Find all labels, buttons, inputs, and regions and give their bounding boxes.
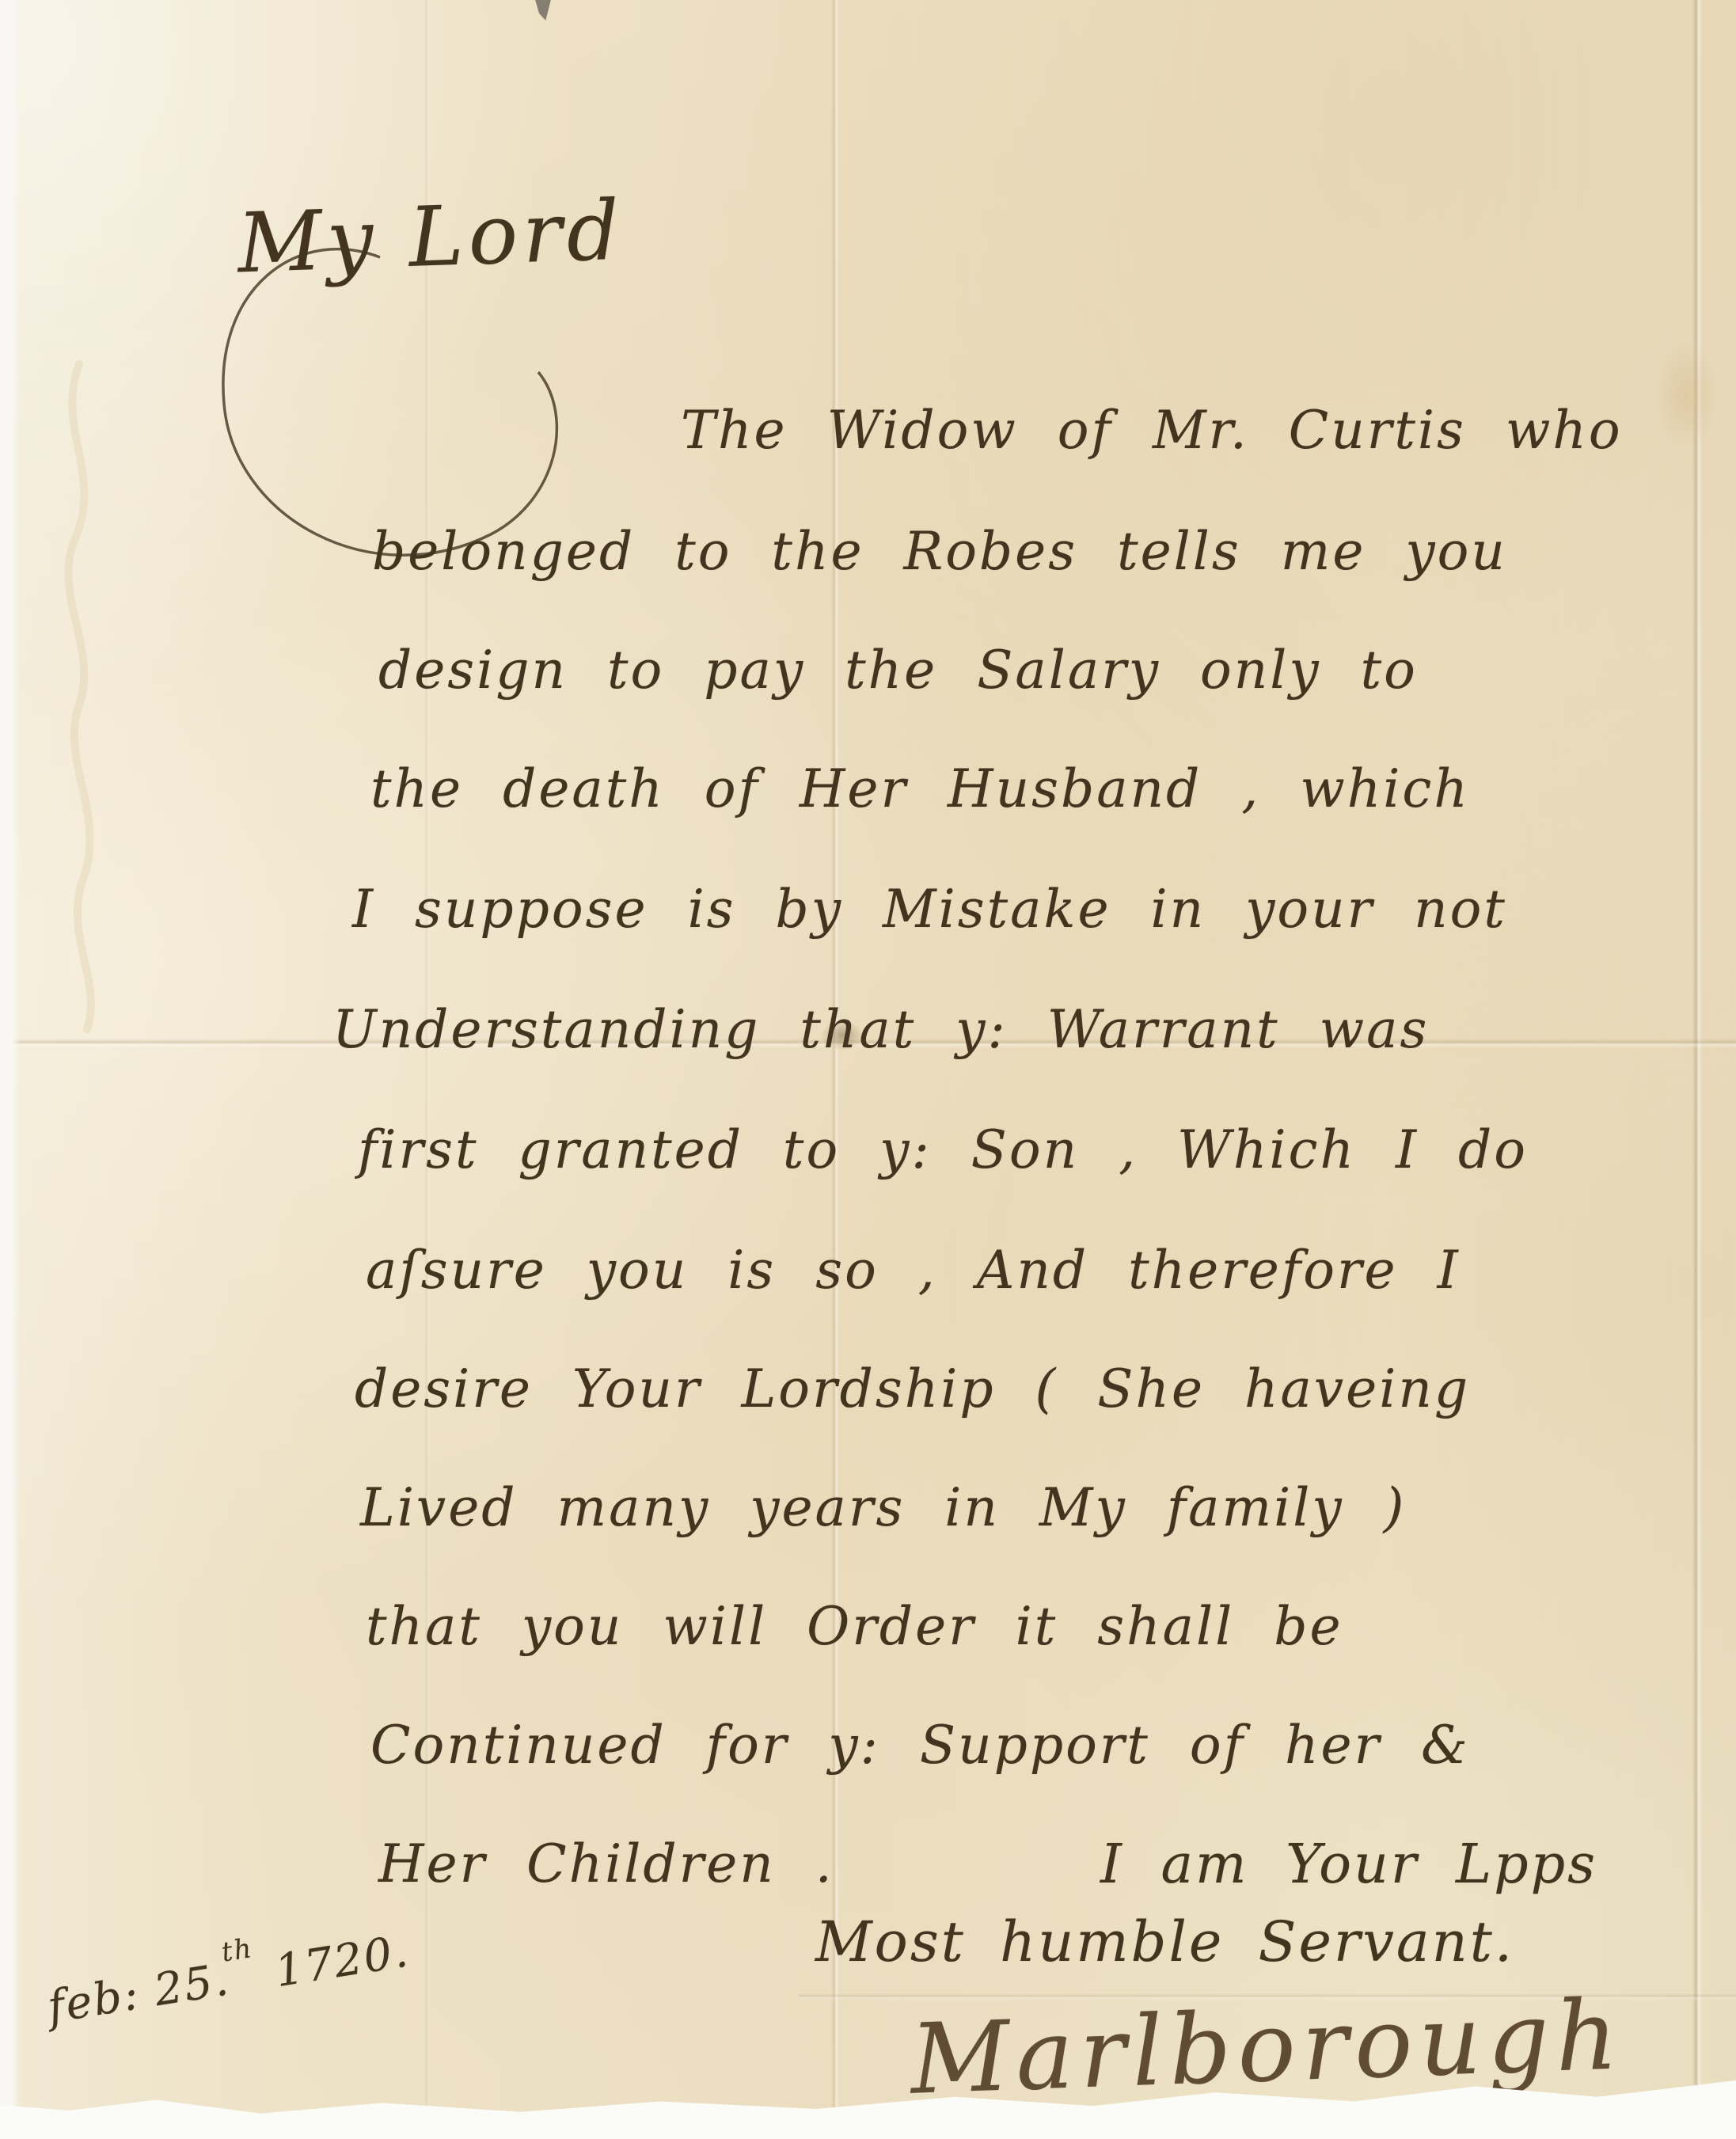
body-line: design to pay the Salary only to [378, 640, 1418, 701]
date-superscript: th [219, 1932, 255, 1969]
body-line: belonged to the Robes tells me you [372, 521, 1507, 582]
body-line: first granted to y: Son , Which I do [358, 1119, 1528, 1180]
paper-stain-right [1654, 340, 1718, 451]
scanned-letter: My Lord The Widow of Mr. Curtis who belo… [0, 0, 1736, 2139]
body-line: desire Your Lordship ( She haveing [355, 1358, 1470, 1419]
body-line: Continued for y: Support of her & [370, 1715, 1470, 1776]
body-line: Her Children . [378, 1833, 834, 1894]
salutation-text: My Lord [236, 182, 625, 292]
body-line: Understanding that y: Warrant was [332, 999, 1429, 1060]
closing-line-1: I am Your Lpps [1100, 1833, 1597, 1896]
scan-edge-left [0, 0, 21, 2139]
body-line: Lived many years in My family ) [360, 1477, 1406, 1538]
body-line: I suppose is by Mistake in your not [352, 879, 1507, 940]
closing-line-2: Most humble Servant. [815, 1909, 1514, 1974]
paper-sheet [0, 0, 1736, 2139]
body-line: that you will Order it shall be [366, 1596, 1343, 1657]
body-line: aſsure you is so , And therefore I [366, 1240, 1461, 1301]
body-line: The Widow of Mr. Curtis who [681, 400, 1623, 461]
body-line: the death of Her Husband , which [370, 758, 1470, 819]
